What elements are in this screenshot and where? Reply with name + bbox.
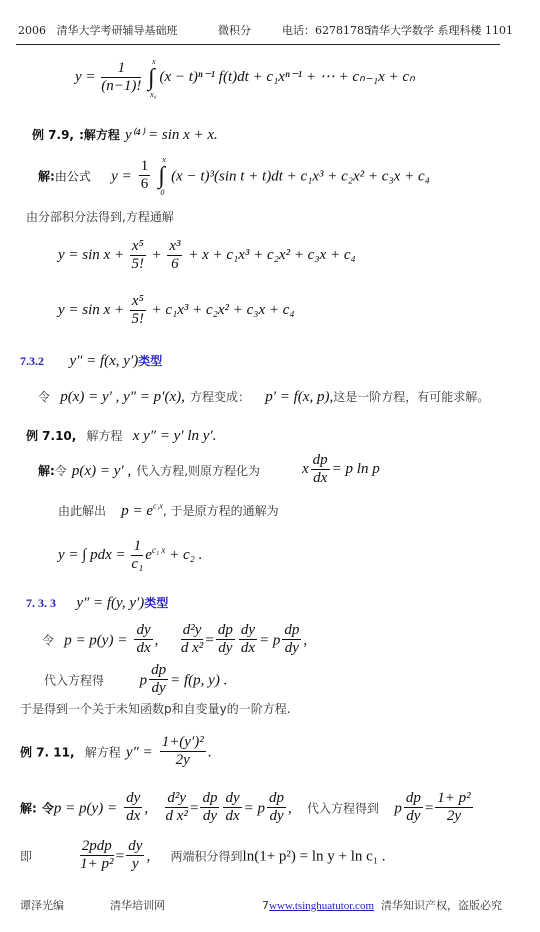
denominator: 5! [130,311,146,328]
section-7-3-3-reduced: 代入方程得 pdpdy= f(p, y) . [44,662,227,698]
example-equation: x y″ = y′ ln y′. [133,428,217,444]
denominator: d x² [181,640,204,657]
page-number: 7 [262,899,269,912]
section-title: 类型 [138,354,162,368]
formula-lhs: y = [111,168,132,184]
integrate-text: 两端积分得到 [171,849,243,863]
fraction: d²yd x² [165,790,188,826]
formula-rest: = p ln p [332,461,380,477]
numerator: 1+(y′)² [160,734,206,752]
denominator: 1+ p² [80,856,114,873]
upper-limit: x [162,156,166,164]
fraction: x⁵5! [130,293,146,329]
numerator: dp [282,622,301,640]
p-definition: p = p(y) = [64,632,127,648]
example-7-10: 例 7.10, 解方程 x y″ = y′ ln y′. [26,425,216,445]
section-equation: y″ = f(x, y′) [69,353,138,369]
numerator: 2pdp [80,838,114,856]
example-label: 例 7.10, [26,429,76,443]
general-solution-1: y = sin x + x⁵5! + x³6 + x + c₁x³ + c₂x²… [58,238,356,274]
formula-body: (x − t)ⁿ⁻¹ f(t)dt + c₁xⁿ⁻¹ + ⋯ + cₙ₋₁x +… [159,69,415,85]
equals: = [205,632,213,648]
denominator: d x² [165,808,188,825]
numerator: dy [126,838,144,856]
p-equation: p = e [121,503,153,519]
denominator: 6 [167,256,182,273]
solution-label: 解: [38,169,55,183]
header: 2006 清华大学考研辅导基础班 [18,22,178,38]
p-term: p [394,800,402,816]
denominator: dy [404,808,423,825]
denominator: dy [216,640,235,657]
denominator: 2y [435,808,472,825]
example-label: 例 7.9, [32,128,74,142]
footer-site: 清华培训网 [110,897,165,913]
let-text: 令 [42,801,54,815]
denominator: dx [134,640,152,657]
plus: + [151,247,161,263]
fraction: dydx [239,622,257,658]
fraction: dpdy [267,790,286,826]
integral-sign: ∫xx₀ [148,66,155,90]
substitution-equation: p(x) = y′ , y″ = p′(x), [60,389,185,405]
numerator: dy [134,622,152,640]
section-number: 7. 3. 3 [26,596,56,610]
solve-text: 由此解出 [58,504,106,518]
section-7-3-3-conclusion: 于是得到一个关于未知函数p和自变量y的一阶方程. [20,700,291,717]
formula-lhs: y = [75,69,96,85]
numerator: 1 [101,60,141,78]
denominator: dy [200,808,219,825]
header-course: 清华大学考研辅导基础班 [57,24,178,37]
section-number: 7.3.2 [20,354,44,368]
numerator: dy [124,790,142,808]
solution-7-11-line1: 解: 令p = p(y) = dydx, d²yd x²=dpdydydx= p… [20,790,475,826]
fraction: 2pdp1+ p² [80,838,114,874]
formula-rest: = f(p, y) . [170,672,227,688]
denominator: 2y [160,752,206,769]
reduced-equation: xdpdx= p ln p [302,452,380,488]
equals-p: = p [259,632,280,648]
solution-7-9: 解:由公式 y = 16 ∫x0 (x − t)³(sin t + t)dt +… [38,158,430,194]
example-equation: y⁽⁴⁾ = sin x + x. [125,127,218,143]
denominator: (n−1)! [101,78,141,95]
fraction: 1+ p²2y [435,790,472,826]
denominator: y [126,856,144,873]
solution-7-11-line2: 即 2pdp1+ p²=dyy, 两端积分得到ln(1+ p²) = ln y … [20,838,386,874]
numerator: dp [149,662,168,680]
solution-7-10-line2: 由此解出 p = ec₁x, 于是原方程的通解为 [58,500,279,520]
fraction: dpdy [200,790,219,826]
numerator: dp [200,790,219,808]
numerator: dp [267,790,286,808]
header-subject: 微积分 [218,22,251,38]
denominator: 6 [139,176,151,193]
integral-sign: ∫x0 [158,164,165,188]
fraction: dpdy [404,790,423,826]
section-7-3-3-heading: 7. 3. 3 y″ = f(y, y′)类型 [26,592,168,612]
numerator: 1+ p² [435,790,472,808]
numerator: x³ [167,238,182,256]
fraction: x⁵5! [130,238,146,274]
substitute-text: 代入方程得 [44,673,104,687]
denominator: 5! [130,256,146,273]
solution-text: , 于是原方程的通解为 [163,504,279,518]
formula-lhs: y = ∫ pdx = [58,547,126,563]
fraction: 1c₁ [131,538,143,574]
denominator: dy [267,808,286,825]
numerator: d²y [165,790,188,808]
example-label: 例 7. 11, [20,745,75,759]
x-term: x [302,461,309,477]
formula-lhs: y = sin x + [58,247,124,263]
p-term: p [140,672,148,688]
exp-base: e [145,547,152,563]
numerator: dy [223,790,241,808]
example-text: :解方程 [79,128,120,142]
section-7-3-3-substitution: 令 p = p(y) = dydx, d²yd x²=dpdydydx= pdp… [42,622,307,658]
substitution-equation: p(x) = y′ , [72,463,131,479]
fraction: dpdy [282,622,301,658]
solution-7-10-line1: 解:令 p(x) = y′ , 代入方程,则原方程化为 [38,460,260,480]
numerator: dp [216,622,235,640]
formula-rest: + x + c₁x³ + c₂x² + c₃x + c₄ [188,247,355,263]
footer-link[interactable]: www.tsinghuatutor.com [269,900,374,912]
footer-author: 谭泽光编 [20,897,64,913]
header-location: 清华大学数学 系理科楼 1101 [368,22,513,38]
reduced-equation: p′ = f(x, p), [265,389,333,405]
header-divider [16,44,500,45]
remark-text: 这是一阶方程，有可能求解。 [333,390,489,404]
solution-label: 解: [20,801,37,815]
p-definition: p = p(y) = [54,800,117,816]
exponent: c₁ x [152,545,165,555]
numerator: dy [239,622,257,640]
numerator: x⁵ [130,293,146,311]
example-7-9: 例 7.9, :解方程 y⁽⁴⁾ = sin x + x. [32,124,218,144]
let-text: 令 [42,633,54,647]
fraction: 16 [139,158,151,194]
let-text: 令 [55,464,67,478]
formula-lhs: y″ = [126,744,153,760]
formula-rest: + c₂ . [169,547,202,563]
fraction: dyy [126,838,144,874]
numerator: dp [404,790,423,808]
section-7-3-2-body: 令 p(x) = y′ , y″ = p′(x), 方程变成： p′ = f(x… [38,386,489,406]
fraction: x³6 [167,238,182,274]
substitute-text: 代入方程得到 [307,801,379,815]
fraction: dydx [124,790,142,826]
denominator: c₁ [131,556,143,573]
fraction: dydx [223,790,241,826]
integrated-equation: ln(1+ p²) = ln y + ln c₁ . [243,848,386,864]
fraction: 1(n−1)! [101,60,141,96]
denominator: dx [239,640,257,657]
denominator: dy [282,640,301,657]
numerator: 1 [139,158,151,176]
formula-lhs: y = sin x + [58,302,124,318]
let-text: 令 [38,390,50,404]
denominator: dx [124,808,142,825]
numerator: 1 [131,538,143,556]
formula-body: (x − t)³(sin t + t)dt + c₁x³ + c₂x² + c₃… [171,168,430,184]
section-7-3-2-heading: 7.3.2 y″ = f(x, y′)类型 [20,350,162,370]
fraction: 1+(y′)²2y [160,734,206,770]
parts-integration-text: 由分部积分法得到,方程通解 [26,208,174,225]
footer-right: 7www.tsinghuatutor.com 清华知识产权，盗版必究 [262,897,502,913]
upper-limit: x [152,58,156,66]
numerator: dp [311,452,330,470]
solution-text: 由公式 [55,169,91,183]
fraction: dydx [134,622,152,658]
example-text: 解方程 [85,745,121,759]
final-solution-7-10: y = ∫ pdx = 1c₁ec₁ x + c₂ . [58,538,202,574]
formula-general: y = 1(n−1)! ∫xx₀ (x − t)ⁿ⁻¹ f(t)dt + c₁x… [75,60,415,96]
exponent: c₁x [153,502,163,511]
denominator: dx [311,470,330,487]
denominator: dy [149,680,168,697]
general-solution-2: y = sin x + x⁵5! + c₁x³ + c₂x² + c₃x + c… [58,293,295,329]
section-equation: y″ = f(y, y′) [76,595,144,611]
fraction: dpdx [311,452,330,488]
fraction: dpdy [216,622,235,658]
period: . [208,744,212,760]
numerator: d²y [181,622,204,640]
formula-rest: + c₁x³ + c₂x² + c₃x + c₄ [151,302,294,318]
solution-text: 代入方程,则原方程化为 [136,464,260,478]
fraction: d²yd x² [181,622,204,658]
example-7-11: 例 7. 11, 解方程 y″ = 1+(y′)²2y. [20,734,212,770]
lower-limit: 0 [160,189,164,197]
becomes-text: 方程变成： [190,390,250,404]
namely-text: 即 [20,849,32,863]
numerator: x⁵ [130,238,146,256]
footer-copyright: 清华知识产权，盗版必究 [381,899,502,912]
header-year: 2006 [18,24,46,37]
example-text: 解方程 [87,429,123,443]
lower-limit: x₀ [150,91,156,99]
solution-label: 解: [38,464,55,478]
fraction: dpdy [149,662,168,698]
section-title: 类型 [144,596,168,610]
header-phone: 电话：62781785 [282,22,371,38]
denominator: dx [223,808,241,825]
